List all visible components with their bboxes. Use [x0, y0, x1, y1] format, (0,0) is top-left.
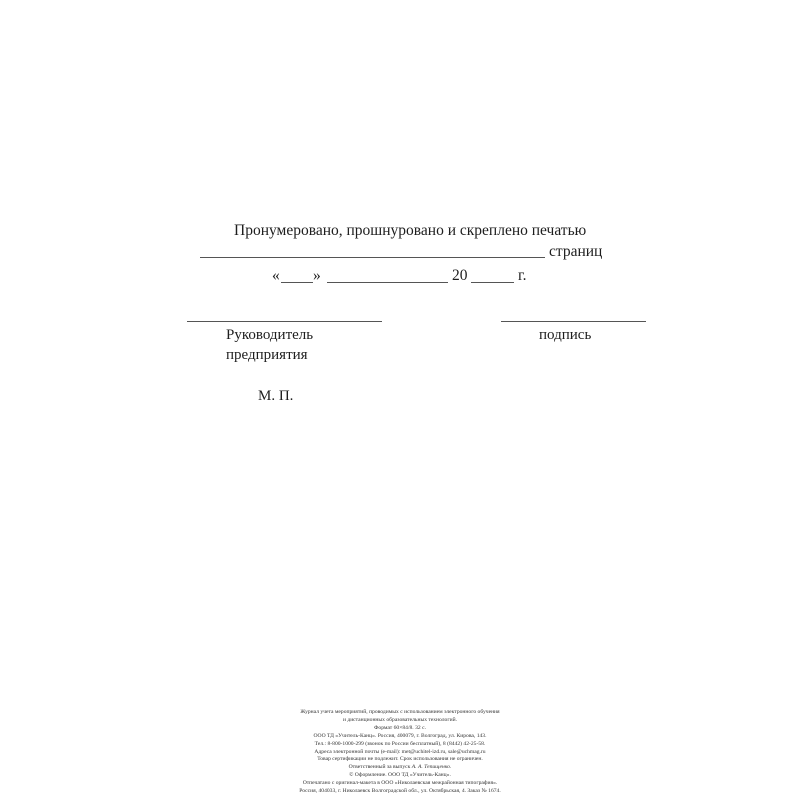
year-prefix: 20	[452, 268, 468, 284]
pages-count-blank-line	[200, 257, 545, 258]
responsible-name: А. А. Тепищенко.	[412, 764, 452, 770]
stamp-place-label: М. П.	[258, 389, 293, 404]
imprint-line: Россия, 404033, г. Николаевск Волгоградс…	[200, 788, 600, 796]
imprint-line: © Оформление. ООО ТД «Учитель-Канц».	[200, 772, 600, 780]
pages-suffix-label: страниц	[549, 244, 602, 260]
certification-heading: Пронумеровано, прошнуровано и скреплено …	[234, 223, 586, 239]
date-open-quote: «	[272, 268, 280, 284]
signature-line	[501, 321, 646, 322]
imprint-line: Тел.: 8-800-1000-299 (звонок по России б…	[200, 741, 600, 749]
document-page: Пронумеровано, прошнуровано и скреплено …	[0, 0, 800, 800]
date-close-quote: »	[313, 268, 321, 284]
signature-label: подпись	[539, 328, 591, 343]
manager-signature-line	[187, 321, 382, 322]
year-blank-line	[471, 282, 514, 283]
imprint-line: ООО ТД «Учитель-Канц». Россия, 400079, г…	[200, 733, 600, 741]
day-blank-line	[281, 282, 313, 283]
responsible-prefix: Ответственный за выпуск	[349, 764, 411, 770]
manager-label-line2: предприятия	[226, 348, 308, 363]
year-suffix: г.	[518, 268, 526, 284]
imprint-line: Формат 60×84/8. 32 с.	[200, 725, 600, 733]
imprint-line: и дистанционных образовательных технолог…	[200, 717, 600, 725]
imprint-block: Журнал учета мероприятий, проводимых с и…	[200, 709, 600, 796]
manager-label-line1: Руководитель	[226, 328, 313, 343]
month-blank-line	[327, 282, 448, 283]
imprint-line: Журнал учета мероприятий, проводимых с и…	[200, 709, 600, 717]
imprint-line: Отпечатано с оригинал-макета в ООО «Нико…	[200, 780, 600, 788]
